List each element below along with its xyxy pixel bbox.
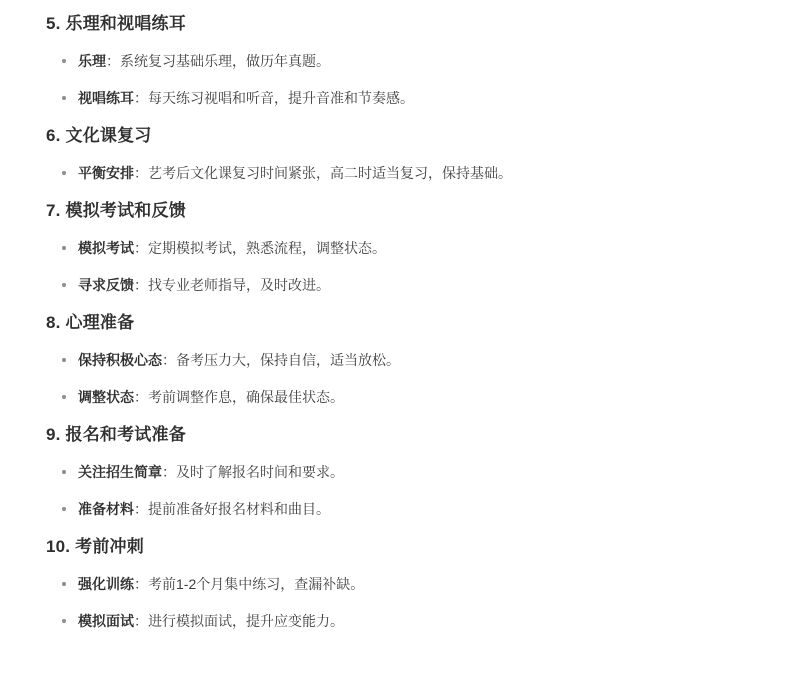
- bullet-icon: [62, 507, 66, 511]
- list-item: 平衡安排：艺考后文化课复习时间紧张，高二时适当复习，保持基础。: [46, 163, 762, 184]
- list-item: 准备材料：提前准备好报名材料和曲目。: [46, 499, 762, 520]
- section: 5. 乐理和视唱练耳 乐理：系统复习基础乐理，做历年真题。 视唱练耳：每天练习视…: [46, 13, 762, 109]
- bullet-list: 平衡安排：艺考后文化课复习时间紧张，高二时适当复习，保持基础。: [46, 163, 762, 184]
- section-heading: 6. 文化课复习: [46, 125, 762, 146]
- bullet-icon: [62, 246, 66, 250]
- item-description: ：定期模拟考试，熟悉流程，调整状态。: [134, 240, 386, 256]
- item-description: ：备考压力大，保持自信，适当放松。: [162, 352, 400, 368]
- item-term: 调整状态: [78, 389, 134, 405]
- item-term: 关注招生简章: [78, 464, 162, 480]
- section-heading: 8. 心理准备: [46, 312, 762, 333]
- section-heading: 9. 报名和考试准备: [46, 424, 762, 445]
- list-item: 调整状态：考前调整作息，确保最佳状态。: [46, 387, 762, 408]
- item-description: ：提前准备好报名材料和曲目。: [134, 501, 330, 517]
- bullet-icon: [62, 582, 66, 586]
- list-item: 模拟面试：进行模拟面试，提升应变能力。: [46, 611, 762, 632]
- section: 10. 考前冲刺 强化训练：考前1-2个月集中练习，查漏补缺。 模拟面试：进行模…: [46, 536, 762, 632]
- item-description: ：进行模拟面试，提升应变能力。: [134, 613, 344, 629]
- list-item: 强化训练：考前1-2个月集中练习，查漏补缺。: [46, 574, 762, 595]
- list-item: 乐理：系统复习基础乐理，做历年真题。: [46, 51, 762, 72]
- item-term: 寻求反馈: [78, 277, 134, 293]
- item-description: ：考前1-2个月集中练习，查漏补缺。: [134, 576, 364, 592]
- bullet-icon: [62, 619, 66, 623]
- bullet-list: 强化训练：考前1-2个月集中练习，查漏补缺。 模拟面试：进行模拟面试，提升应变能…: [46, 574, 762, 632]
- item-term: 乐理: [78, 53, 106, 69]
- item-description: ：系统复习基础乐理，做历年真题。: [106, 53, 330, 69]
- list-item: 视唱练耳：每天练习视唱和听音，提升音准和节奏感。: [46, 88, 762, 109]
- list-item: 模拟考试：定期模拟考试，熟悉流程，调整状态。: [46, 238, 762, 259]
- bullet-list: 模拟考试：定期模拟考试，熟悉流程，调整状态。 寻求反馈：找专业老师指导，及时改进…: [46, 238, 762, 296]
- bullet-icon: [62, 96, 66, 100]
- bullet-list: 关注招生简章：及时了解报名时间和要求。 准备材料：提前准备好报名材料和曲目。: [46, 462, 762, 520]
- item-term: 强化训练: [78, 576, 134, 592]
- document-body: 5. 乐理和视唱练耳 乐理：系统复习基础乐理，做历年真题。 视唱练耳：每天练习视…: [0, 0, 802, 632]
- bullet-icon: [62, 470, 66, 474]
- item-term: 准备材料: [78, 501, 134, 517]
- bullet-icon: [62, 283, 66, 287]
- section-heading: 5. 乐理和视唱练耳: [46, 13, 762, 34]
- section-heading: 10. 考前冲刺: [46, 536, 762, 557]
- item-description: ：及时了解报名时间和要求。: [162, 464, 344, 480]
- item-description: ：考前调整作息，确保最佳状态。: [134, 389, 344, 405]
- bullet-icon: [62, 358, 66, 362]
- item-term: 平衡安排: [78, 165, 134, 181]
- list-item: 关注招生简章：及时了解报名时间和要求。: [46, 462, 762, 483]
- item-term: 模拟考试: [78, 240, 134, 256]
- item-term: 保持积极心态: [78, 352, 162, 368]
- section-heading: 7. 模拟考试和反馈: [46, 200, 762, 221]
- section: 7. 模拟考试和反馈 模拟考试：定期模拟考试，熟悉流程，调整状态。 寻求反馈：找…: [46, 200, 762, 296]
- item-description: ：艺考后文化课复习时间紧张，高二时适当复习，保持基础。: [134, 165, 512, 181]
- bullet-icon: [62, 59, 66, 63]
- item-description: ：每天练习视唱和听音，提升音准和节奏感。: [134, 90, 414, 106]
- list-item: 寻求反馈：找专业老师指导，及时改进。: [46, 275, 762, 296]
- bullet-list: 乐理：系统复习基础乐理，做历年真题。 视唱练耳：每天练习视唱和听音，提升音准和节…: [46, 51, 762, 109]
- section: 8. 心理准备 保持积极心态：备考压力大，保持自信，适当放松。 调整状态：考前调…: [46, 312, 762, 408]
- bullet-icon: [62, 395, 66, 399]
- bullet-icon: [62, 171, 66, 175]
- list-item: 保持积极心态：备考压力大，保持自信，适当放松。: [46, 350, 762, 371]
- item-term: 模拟面试: [78, 613, 134, 629]
- item-term: 视唱练耳: [78, 90, 134, 106]
- section: 9. 报名和考试准备 关注招生简章：及时了解报名时间和要求。 准备材料：提前准备…: [46, 424, 762, 520]
- item-description: ：找专业老师指导，及时改进。: [134, 277, 330, 293]
- section: 6. 文化课复习 平衡安排：艺考后文化课复习时间紧张，高二时适当复习，保持基础。: [46, 125, 762, 184]
- bullet-list: 保持积极心态：备考压力大，保持自信，适当放松。 调整状态：考前调整作息，确保最佳…: [46, 350, 762, 408]
